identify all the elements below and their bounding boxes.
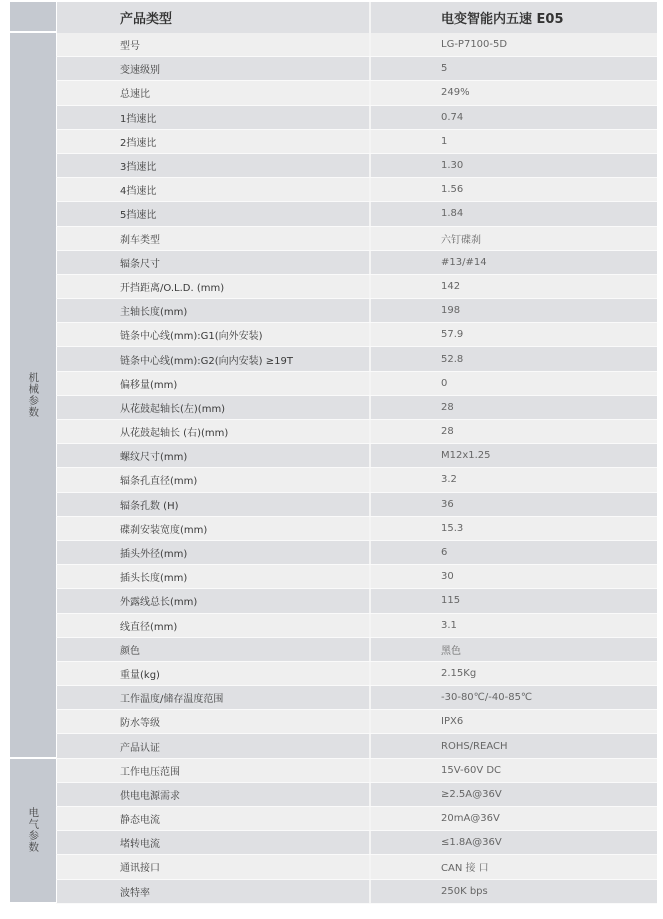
row-label: 3挡速比 — [56, 154, 369, 177]
header-value: 电变智能内五速 E05 — [369, 2, 657, 33]
table-row: 静态电流20mA@36V — [56, 807, 657, 831]
row-value: 250K bps — [369, 880, 657, 903]
row-label: 2挡速比 — [56, 130, 369, 153]
table-row: 通讯接口CAN 接 口 — [56, 855, 657, 879]
table-row: 3挡速比1.30 — [56, 154, 657, 178]
row-label: 主轴长度(mm) — [56, 299, 369, 322]
row-value: #13/#14 — [369, 251, 657, 274]
row-value: 15.3 — [369, 517, 657, 540]
group-rows: 工作电压范围15V-60V DC供电电源需求≥2.5A@36V静态电流20mA@… — [56, 759, 657, 904]
row-value: -30-80℃/-40-85℃ — [369, 686, 657, 709]
row-value: LG-P7100-5D — [369, 33, 657, 56]
table-row: 供电电源需求≥2.5A@36V — [56, 783, 657, 807]
row-value: M12x1.25 — [369, 444, 657, 467]
row-value: ≥2.5A@36V — [369, 783, 657, 806]
row-value: 1 — [369, 130, 657, 153]
spec-table: 产品类型 电变智能内五速 E05 机械参数型号LG-P7100-5D变速级别5总… — [10, 2, 657, 904]
row-label: 从花鼓起轴长(左)(mm) — [56, 396, 369, 419]
table-row: 5挡速比1.84 — [56, 202, 657, 226]
row-label: 辐条孔直径(mm) — [56, 468, 369, 491]
table-row: 开挡距离/O.L.D. (mm)142 — [56, 275, 657, 299]
row-label: 重量(kg) — [56, 662, 369, 685]
row-label: 防水等级 — [56, 710, 369, 733]
row-label: 工作温度/储存温度范围 — [56, 686, 369, 709]
row-value: 六钉碟刹 — [369, 227, 657, 250]
row-value: 57.9 — [369, 323, 657, 346]
row-value: ROHS/REACH — [369, 734, 657, 757]
row-value: 28 — [369, 396, 657, 419]
spec-group: 电气参数工作电压范围15V-60V DC供电电源需求≥2.5A@36V静态电流2… — [10, 759, 657, 904]
group-category-label: 机械参数 — [28, 372, 39, 418]
table-row: 辐条孔直径(mm)3.2 — [56, 468, 657, 492]
row-value: 5 — [369, 57, 657, 80]
table-row: 插头长度(mm)30 — [56, 565, 657, 589]
row-label: 型号 — [56, 33, 369, 56]
table-row: 2挡速比1 — [56, 130, 657, 154]
table-row: 偏移量(mm)0 — [56, 372, 657, 396]
row-value: 6 — [369, 541, 657, 564]
row-label: 外露线总长(mm) — [56, 589, 369, 612]
row-value: 15V-60V DC — [369, 759, 657, 782]
row-label: 插头外径(mm) — [56, 541, 369, 564]
table-row: 变速级别5 — [56, 57, 657, 81]
table-row: 4挡速比1.56 — [56, 178, 657, 202]
row-label: 开挡距离/O.L.D. (mm) — [56, 275, 369, 298]
row-label: 工作电压范围 — [56, 759, 369, 782]
row-label: 5挡速比 — [56, 202, 369, 225]
group-category-cell: 电气参数 — [10, 759, 56, 904]
row-label: 供电电源需求 — [56, 783, 369, 806]
row-label: 链条中心线(mm):G2(向内安装) ≥19T — [56, 347, 369, 370]
table-row: 链条中心线(mm):G2(向内安装) ≥19T52.8 — [56, 347, 657, 371]
table-row: 链条中心线(mm):G1(向外安装)57.9 — [56, 323, 657, 347]
row-label: 产品认证 — [56, 734, 369, 757]
row-value: ≤1.8A@36V — [369, 831, 657, 854]
row-value: 30 — [369, 565, 657, 588]
row-label: 4挡速比 — [56, 178, 369, 201]
row-label: 偏移量(mm) — [56, 372, 369, 395]
table-row: 插头外径(mm)6 — [56, 541, 657, 565]
row-value: 249% — [369, 81, 657, 104]
row-value: 3.1 — [369, 614, 657, 637]
header-category-cell — [10, 2, 56, 33]
row-label: 通讯接口 — [56, 855, 369, 878]
table-row: 外露线总长(mm)115 — [56, 589, 657, 613]
header-label: 产品类型 — [56, 2, 369, 33]
row-label: 波特率 — [56, 880, 369, 903]
table-row: 主轴长度(mm)198 — [56, 299, 657, 323]
table-row: 波特率250K bps — [56, 880, 657, 904]
row-label: 刹车类型 — [56, 227, 369, 250]
row-label: 堵转电流 — [56, 831, 369, 854]
table-row: 总速比249% — [56, 81, 657, 105]
row-label: 辐条孔数 (H) — [56, 493, 369, 516]
row-label: 碟刹安装宽度(mm) — [56, 517, 369, 540]
spec-group: 机械参数型号LG-P7100-5D变速级别5总速比249%1挡速比0.742挡速… — [10, 33, 657, 759]
group-category-cell: 机械参数 — [10, 33, 56, 759]
row-label: 线直径(mm) — [56, 614, 369, 637]
row-value: 115 — [369, 589, 657, 612]
row-value: 0 — [369, 372, 657, 395]
row-value: 黑色 — [369, 638, 657, 661]
table-row: 辐条尺寸#13/#14 — [56, 251, 657, 275]
row-label: 插头长度(mm) — [56, 565, 369, 588]
row-value: 1.30 — [369, 154, 657, 177]
table-row: 型号LG-P7100-5D — [56, 33, 657, 57]
row-value: 0.74 — [369, 106, 657, 129]
row-label: 从花鼓起轴长 (右)(mm) — [56, 420, 369, 443]
row-value: 52.8 — [369, 347, 657, 370]
table-row: 从花鼓起轴长(左)(mm)28 — [56, 396, 657, 420]
row-label: 1挡速比 — [56, 106, 369, 129]
table-row: 防水等级IPX6 — [56, 710, 657, 734]
table-row: 工作电压范围15V-60V DC — [56, 759, 657, 783]
group-rows: 型号LG-P7100-5D变速级别5总速比249%1挡速比0.742挡速比13挡… — [56, 33, 657, 759]
row-label: 变速级别 — [56, 57, 369, 80]
table-row: 刹车类型六钉碟刹 — [56, 227, 657, 251]
table-row: 从花鼓起轴长 (右)(mm)28 — [56, 420, 657, 444]
row-value: 3.2 — [369, 468, 657, 491]
row-value: IPX6 — [369, 710, 657, 733]
row-value: 28 — [369, 420, 657, 443]
table-row: 颜色黑色 — [56, 638, 657, 662]
row-value: 142 — [369, 275, 657, 298]
row-value: 1.84 — [369, 202, 657, 225]
row-value: 2.15Kg — [369, 662, 657, 685]
spec-groups: 机械参数型号LG-P7100-5D变速级别5总速比249%1挡速比0.742挡速… — [10, 33, 657, 904]
table-row: 辐条孔数 (H)36 — [56, 493, 657, 517]
row-value: 1.56 — [369, 178, 657, 201]
row-label: 静态电流 — [56, 807, 369, 830]
row-label: 螺纹尺寸(mm) — [56, 444, 369, 467]
table-row: 线直径(mm)3.1 — [56, 614, 657, 638]
table-row: 重量(kg)2.15Kg — [56, 662, 657, 686]
table-row: 工作温度/储存温度范围-30-80℃/-40-85℃ — [56, 686, 657, 710]
group-category-label: 电气参数 — [28, 807, 39, 853]
row-label: 链条中心线(mm):G1(向外安装) — [56, 323, 369, 346]
row-label: 颜色 — [56, 638, 369, 661]
row-label: 总速比 — [56, 81, 369, 104]
row-label: 辐条尺寸 — [56, 251, 369, 274]
row-value: 36 — [369, 493, 657, 516]
table-row: 产品认证ROHS/REACH — [56, 734, 657, 758]
table-header: 产品类型 电变智能内五速 E05 — [10, 2, 657, 33]
table-row: 堵转电流≤1.8A@36V — [56, 831, 657, 855]
table-row: 1挡速比0.74 — [56, 106, 657, 130]
row-value: 20mA@36V — [369, 807, 657, 830]
row-value: CAN 接 口 — [369, 855, 657, 878]
table-row: 碟刹安装宽度(mm)15.3 — [56, 517, 657, 541]
row-value: 198 — [369, 299, 657, 322]
table-row: 螺纹尺寸(mm)M12x1.25 — [56, 444, 657, 468]
